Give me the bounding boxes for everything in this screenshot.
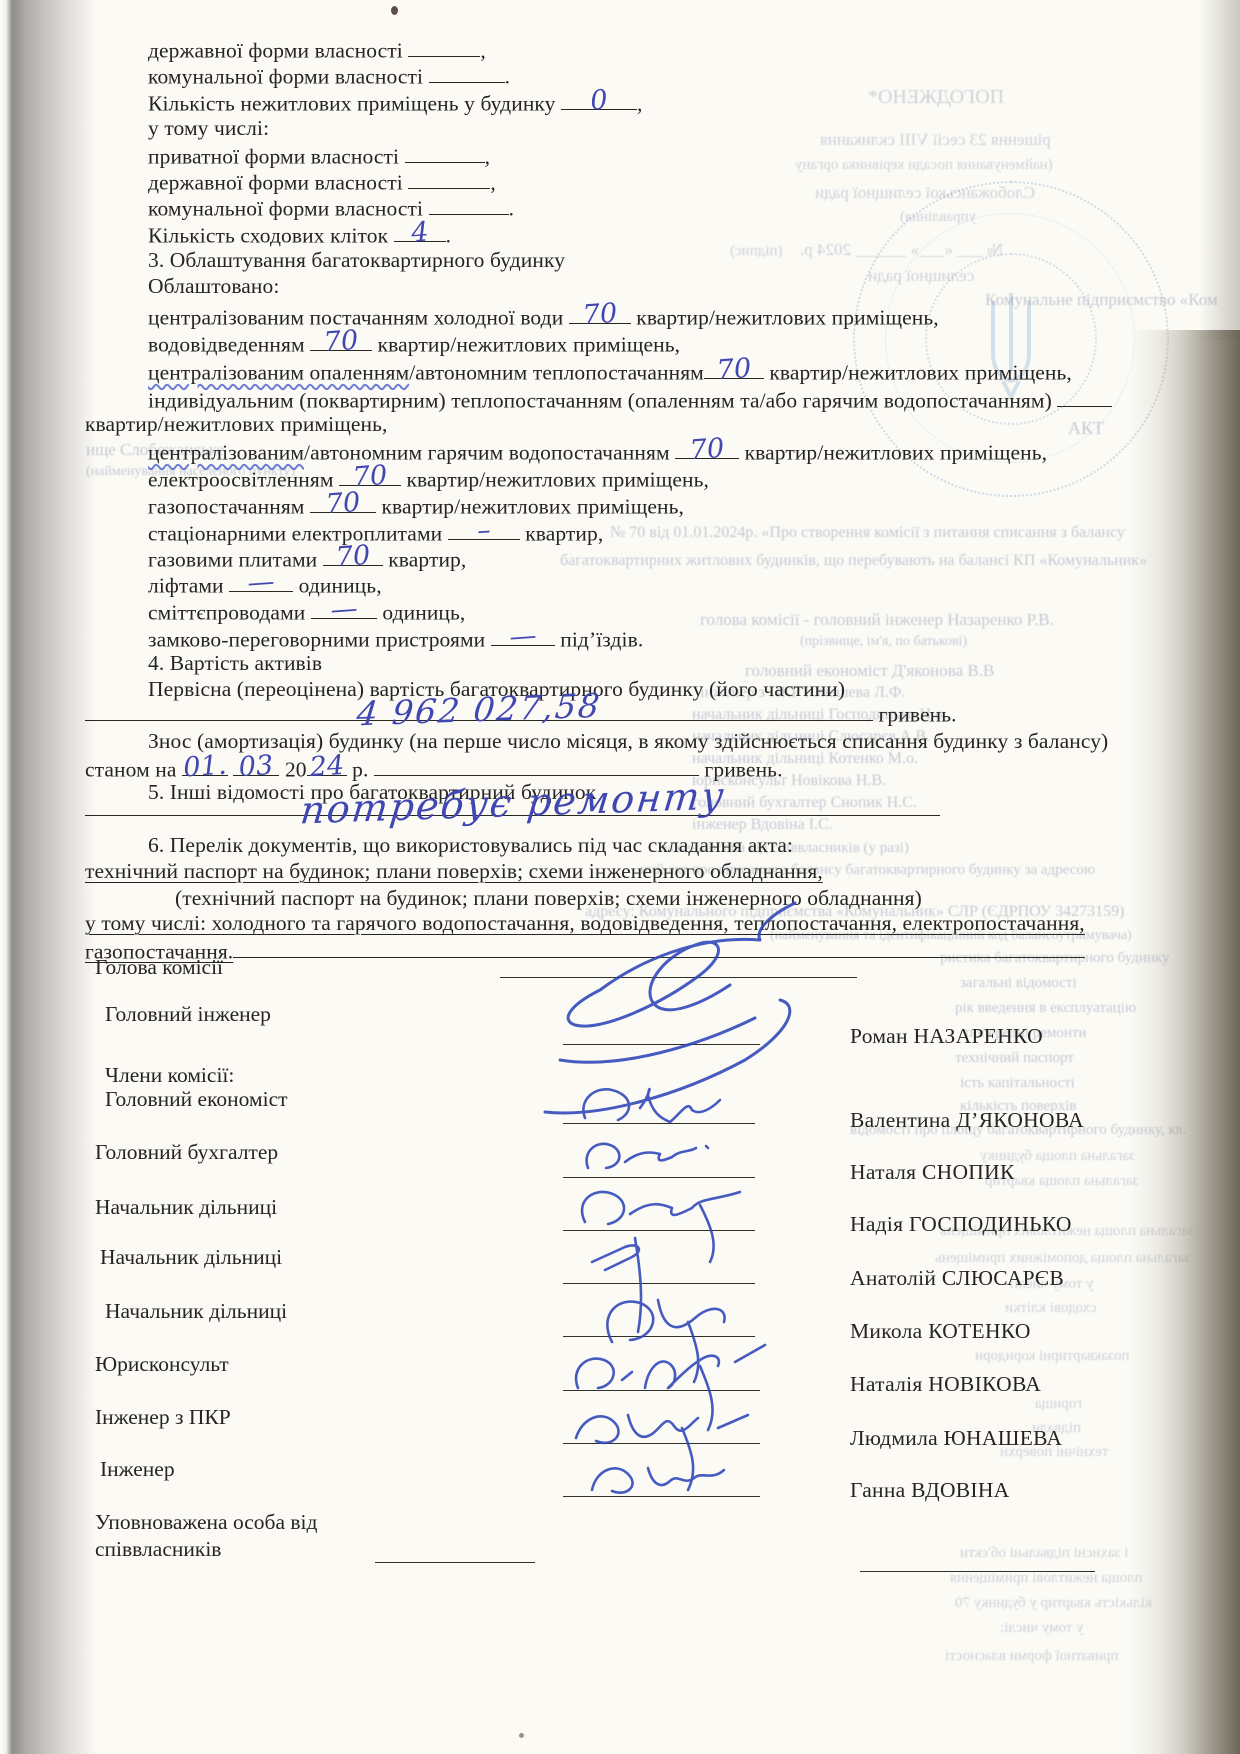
- signature-section-chief-3: [607, 1300, 724, 1382]
- scan-right-edge-top: [1200, 0, 1240, 340]
- signature-pkr-engineer: [576, 1415, 748, 1490]
- signature-engineer: [592, 1468, 724, 1493]
- signature-chief-accountant: [587, 1144, 708, 1168]
- signature-chief-economist: [583, 1089, 720, 1122]
- scanned-document-page: ПОГОДЖЕНО*рішення 23 сесії VIII скликанн…: [0, 0, 1240, 1754]
- signatures-overlay: [0, 0, 1240, 1754]
- signature-section-chief-2: [592, 1238, 641, 1332]
- signature-section-chief-1: [582, 1192, 740, 1262]
- signature-head-of-commission: [545, 903, 795, 1113]
- scan-right-edge: [1130, 330, 1240, 1754]
